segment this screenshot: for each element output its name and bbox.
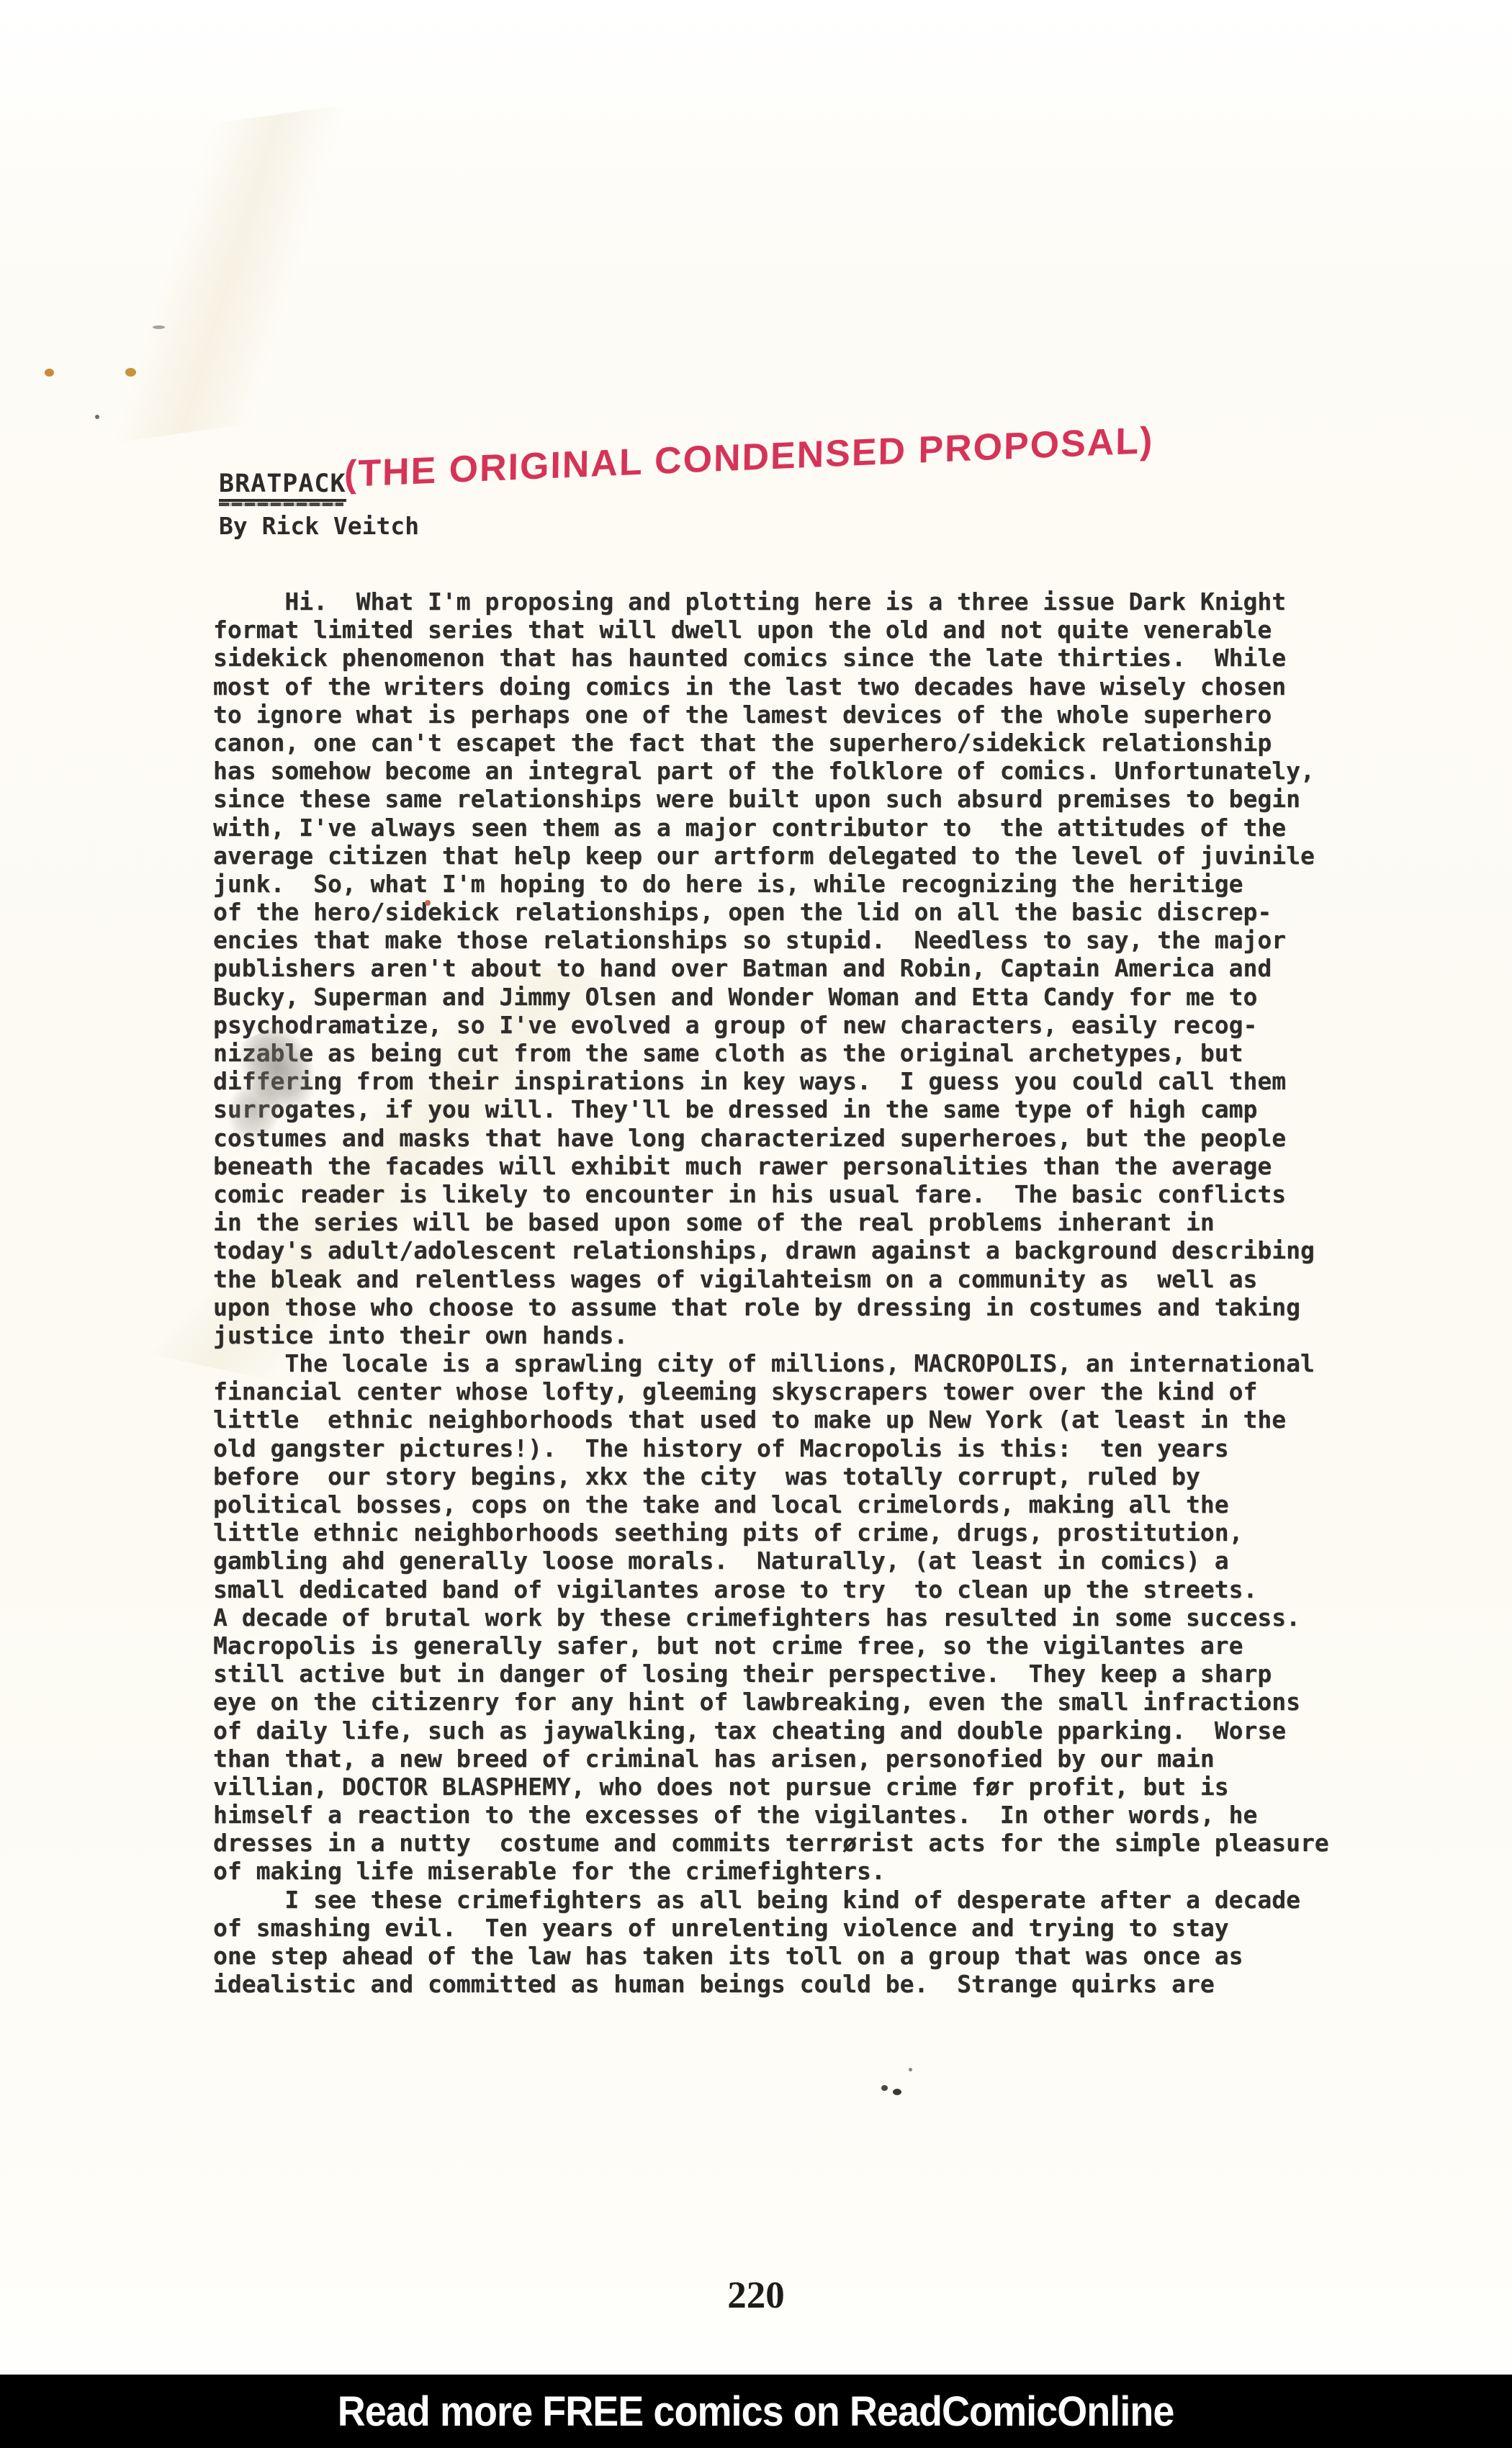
paper-speck — [893, 2089, 901, 2095]
body-line: little ethnic neighborhoods that used to… — [213, 1405, 1329, 1434]
body-line: junk. So, what I'm hoping to do here is,… — [213, 870, 1329, 898]
body-line: before our story begins, xkx the city wa… — [213, 1462, 1329, 1490]
paper-speck — [125, 368, 136, 377]
body-line: Macropolis is generally safer, but not c… — [213, 1632, 1329, 1660]
body-line: most of the writers doing comics in the … — [213, 672, 1329, 701]
body-line: A decade of brutal work by these crimefi… — [213, 1603, 1329, 1632]
body-line: financial center whose lofty, gleeming s… — [213, 1377, 1329, 1405]
body-line: sidekick phenomenon that has haunted com… — [213, 644, 1329, 672]
body-line: today's adult/adolescent relationships, … — [213, 1236, 1329, 1264]
body-line: I see these crimefighters as all being k… — [213, 1886, 1329, 1914]
paper-speck — [95, 415, 99, 419]
body-line: eye on the citizenry for any hint of law… — [213, 1688, 1329, 1716]
body-line: average citizen that help keep our artfo… — [213, 842, 1329, 870]
body-line: of daily life, such as jaywalking, tax c… — [213, 1716, 1329, 1745]
body-line: The locale is a sprawling city of millio… — [213, 1349, 1329, 1377]
body-line: surrogates, if you will. They'll be dres… — [213, 1095, 1329, 1123]
body-line: of smashing evil. Ten years of unrelenti… — [213, 1914, 1329, 1942]
body-line: with, I've always seen them as a major c… — [213, 814, 1329, 842]
body-line: beneath the facades will exhibit much ra… — [213, 1152, 1329, 1180]
paper-speck — [909, 2068, 912, 2071]
body-line: still active but in danger of losing the… — [213, 1660, 1329, 1688]
body-line: idealistic and committed as human beings… — [213, 1970, 1329, 1998]
body-line: differing from their inspirations in key… — [213, 1067, 1329, 1095]
page-number: 220 — [0, 2274, 1512, 2317]
body-line: gambling ahd generally loose morals. Nat… — [213, 1547, 1329, 1575]
body-line: of the hero/sidekick relationships, open… — [213, 898, 1329, 926]
body-line: nizable as being cut from the same cloth… — [213, 1039, 1329, 1067]
body-line: than that, a new breed of criminal has a… — [213, 1745, 1329, 1773]
scan-corner-streak — [0, 86, 523, 462]
body-line: upon those who choose to assume that rol… — [213, 1293, 1329, 1321]
body-line: has somehow become an integral part of t… — [213, 757, 1329, 785]
body-line: publishers aren't about to hand over Bat… — [213, 954, 1329, 982]
paper-speck — [45, 369, 54, 377]
footer-banner[interactable]: Read more FREE comics on ReadComicOnline — [0, 2375, 1512, 2448]
body-line: the bleak and relentless wages of vigila… — [213, 1265, 1329, 1293]
body-line: to ignore what is perhaps one of the lam… — [213, 701, 1329, 729]
body-line: himself a reaction to the excesses of th… — [213, 1801, 1329, 1829]
body-line: in the series will be based upon some of… — [213, 1208, 1329, 1236]
footer-banner-text: Read more FREE comics on ReadComicOnline — [338, 2388, 1174, 2436]
byline: By Rick Veitch — [219, 512, 419, 540]
paper-speck — [153, 325, 165, 329]
body-line: psychodramatize, so I've evolved a group… — [213, 1011, 1329, 1039]
body-line: canon, one can't escapet the fact that t… — [213, 729, 1329, 757]
page-title: BRATPACK — [219, 471, 346, 502]
body-line: Bucky, Superman and Jimmy Olsen and Wond… — [213, 983, 1329, 1011]
paper-speck — [881, 2085, 888, 2091]
typewriter-body: Hi. What I'm proposing and plotting here… — [213, 588, 1329, 1998]
body-line: political bosses, cops on the take and l… — [213, 1490, 1329, 1518]
body-line: encies that make those relationships so … — [213, 926, 1329, 954]
body-line: one step ahead of the law has taken its … — [213, 1942, 1329, 1970]
body-line: old gangster pictures!). The history of … — [213, 1434, 1329, 1462]
body-line: villian, DOCTOR BLASPHEMY, who does not … — [213, 1773, 1329, 1801]
body-line: costumes and masks that have long charac… — [213, 1124, 1329, 1152]
body-line: Hi. What I'm proposing and plotting here… — [213, 588, 1329, 616]
body-line: of making life miserable for the crimefi… — [213, 1857, 1329, 1885]
handwritten-annotation: (THE ORIGINAL CONDENSED PROPOSAL) — [343, 405, 1049, 514]
body-line: since these same relationships were buil… — [213, 785, 1329, 813]
paper-speck — [425, 900, 431, 906]
body-line: small dedicated band of vigilantes arose… — [213, 1575, 1329, 1603]
body-line: comic reader is likely to encounter in h… — [213, 1180, 1329, 1208]
body-line: format limited series that will dwell up… — [213, 616, 1329, 644]
body-line: little ethnic neighborhoods seething pit… — [213, 1518, 1329, 1547]
body-line: dresses in a nutty costume and commits t… — [213, 1829, 1329, 1857]
body-line: justice into their own hands. — [213, 1321, 1329, 1349]
comic-page-scan: BRATPACK By Rick Veitch (THE ORIGINAL CO… — [0, 0, 1512, 2448]
